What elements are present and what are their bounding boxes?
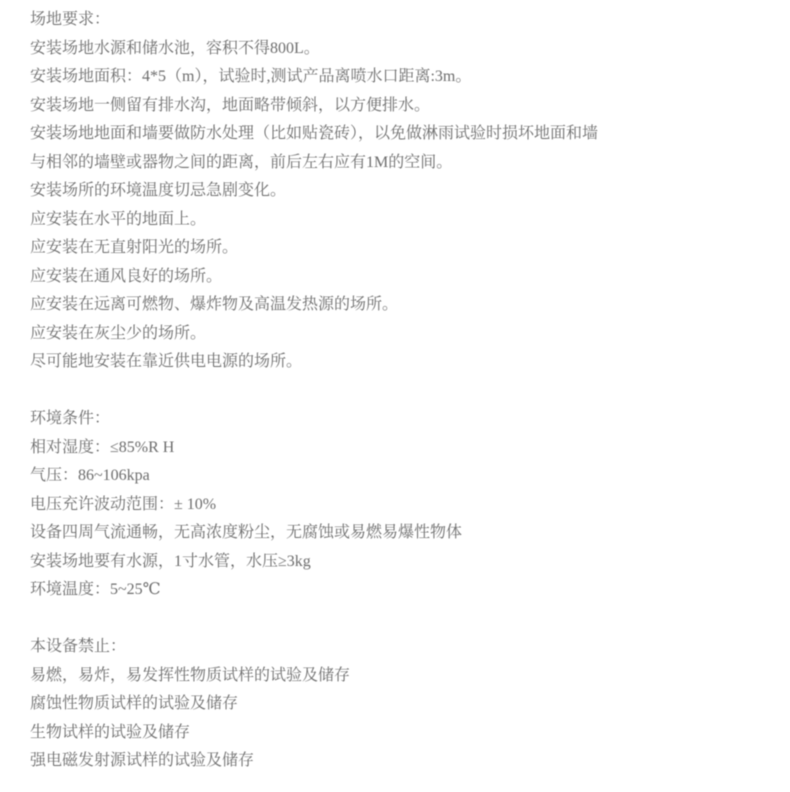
prohibitions-heading: 本设备禁止： xyxy=(30,633,766,662)
condition-line: 气压：86~106kpa xyxy=(30,462,766,491)
requirement-line: 安装场地一侧留有排水沟，地面略带倾斜，以方便排水。 xyxy=(30,92,766,121)
requirement-line: 安装场地水源和储水池，容积不得800L。 xyxy=(30,35,766,64)
prohibition-line: 易燃，易炸，易发挥性物质试样的试验及储存 xyxy=(30,662,766,691)
requirement-line: 安装场所的环境温度切忌急剧变化。 xyxy=(30,177,766,206)
condition-line: 电压充许波动范围：± 10% xyxy=(30,491,766,520)
section-environment-conditions: 环境条件： 相对湿度：≤85%R H 气压：86~106kpa 电压充许波动范围… xyxy=(30,405,766,605)
condition-line: 相对湿度：≤85%R H xyxy=(30,434,766,463)
prohibition-line: 强电磁发射源试样的试验及储存 xyxy=(30,747,766,776)
environment-conditions-heading: 环境条件： xyxy=(30,405,766,434)
requirement-line: 安装场地地面和墙要做防水处理（比如贴瓷砖），以免做淋雨试验时损坏地面和墙 xyxy=(30,120,766,149)
condition-line: 环境温度：5~25℃ xyxy=(30,576,766,605)
section-prohibitions: 本设备禁止： 易燃，易炸，易发挥性物质试样的试验及储存 腐蚀性物质试样的试验及储… xyxy=(30,633,766,776)
requirement-line: 应安装在水平的地面上。 xyxy=(30,206,766,235)
requirement-line: 尽可能地安装在靠近供电电源的场所。 xyxy=(30,348,766,377)
prohibition-line: 生物试样的试验及储存 xyxy=(30,719,766,748)
condition-line: 设备四周气流通畅，无高浓度粉尘，无腐蚀或易燃易爆性物体 xyxy=(30,519,766,548)
requirement-line: 应安装在远离可燃物、爆炸物及高温发热源的场所。 xyxy=(30,291,766,320)
requirement-line: 应安装在通风良好的场所。 xyxy=(30,263,766,292)
prohibition-line: 腐蚀性物质试样的试验及储存 xyxy=(30,690,766,719)
requirement-line: 应安装在灰尘少的场所。 xyxy=(30,320,766,349)
section-site-requirements: 场地要求： 安装场地水源和储水池，容积不得800L。 安装场地面积：4*5（m）… xyxy=(30,6,766,377)
requirement-line: 与相邻的墙壁或器物之间的距离，前后左右应有1M的空间。 xyxy=(30,149,766,178)
document: 场地要求： 安装场地水源和储水池，容积不得800L。 安装场地面积：4*5（m）… xyxy=(0,0,790,792)
requirement-line: 安装场地面积：4*5（m），试验时,测试产品离喷水口距离:3m。 xyxy=(30,63,766,92)
site-requirements-heading: 场地要求： xyxy=(30,6,766,35)
condition-line: 安装场地要有水源，1寸水管，水压≥3kg xyxy=(30,548,766,577)
requirement-line: 应安装在无直射阳光的场所。 xyxy=(30,234,766,263)
